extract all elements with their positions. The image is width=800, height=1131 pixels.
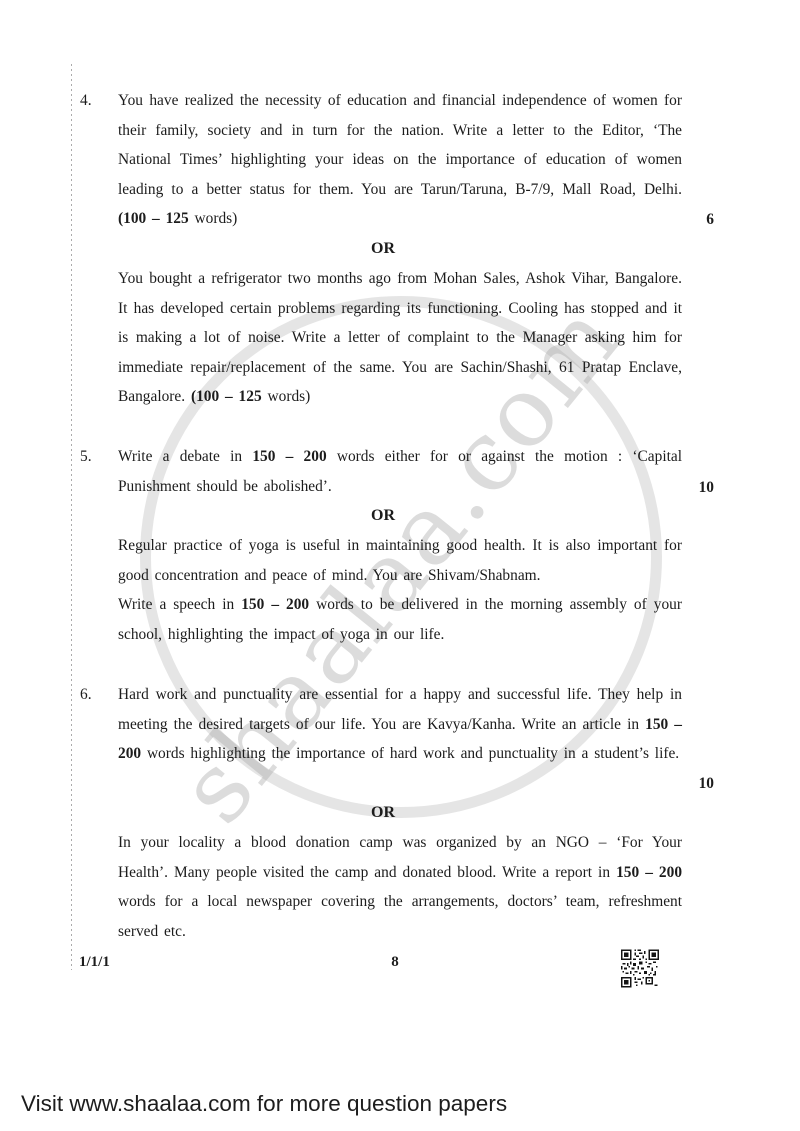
question-4-number: 4.: [80, 86, 92, 116]
question-6-text-primary: Hard work and punctuality are essential …: [118, 680, 682, 769]
question-5-or-separator: OR: [118, 501, 648, 531]
margin-microtext-rule: [71, 64, 72, 970]
shaalaa-promo-text: Visit www.shaalaa.com for more question …: [21, 1091, 507, 1117]
paper-set-code: 1/1/1: [79, 953, 110, 971]
question-5-number: 5.: [80, 442, 92, 472]
question-5-text-primary: Write a debate in 150 – 200 words either…: [118, 442, 682, 501]
page-number: 8: [378, 953, 412, 971]
question-6-or-separator: OR: [118, 798, 648, 828]
question-4-text-primary: You have realized the necessity of educa…: [118, 86, 682, 234]
question-6-text-alternative: In your locality a blood donation camp w…: [118, 828, 682, 946]
question-5-marks: 10: [680, 473, 714, 503]
scanned-question-paper: shaalaa.com 4. You have realized the nec…: [0, 0, 800, 1131]
question-6-number: 6.: [80, 680, 92, 710]
question-4-text-alternative: You bought a refrigerator two months ago…: [118, 264, 682, 412]
question-6-marks: 10: [680, 769, 714, 799]
question-4-or-separator: OR: [118, 234, 648, 264]
question-4-marks: 6: [680, 205, 714, 235]
question-5-text-alternative: Regular practice of yoga is useful in ma…: [118, 531, 682, 649]
qr-code: [621, 948, 659, 989]
